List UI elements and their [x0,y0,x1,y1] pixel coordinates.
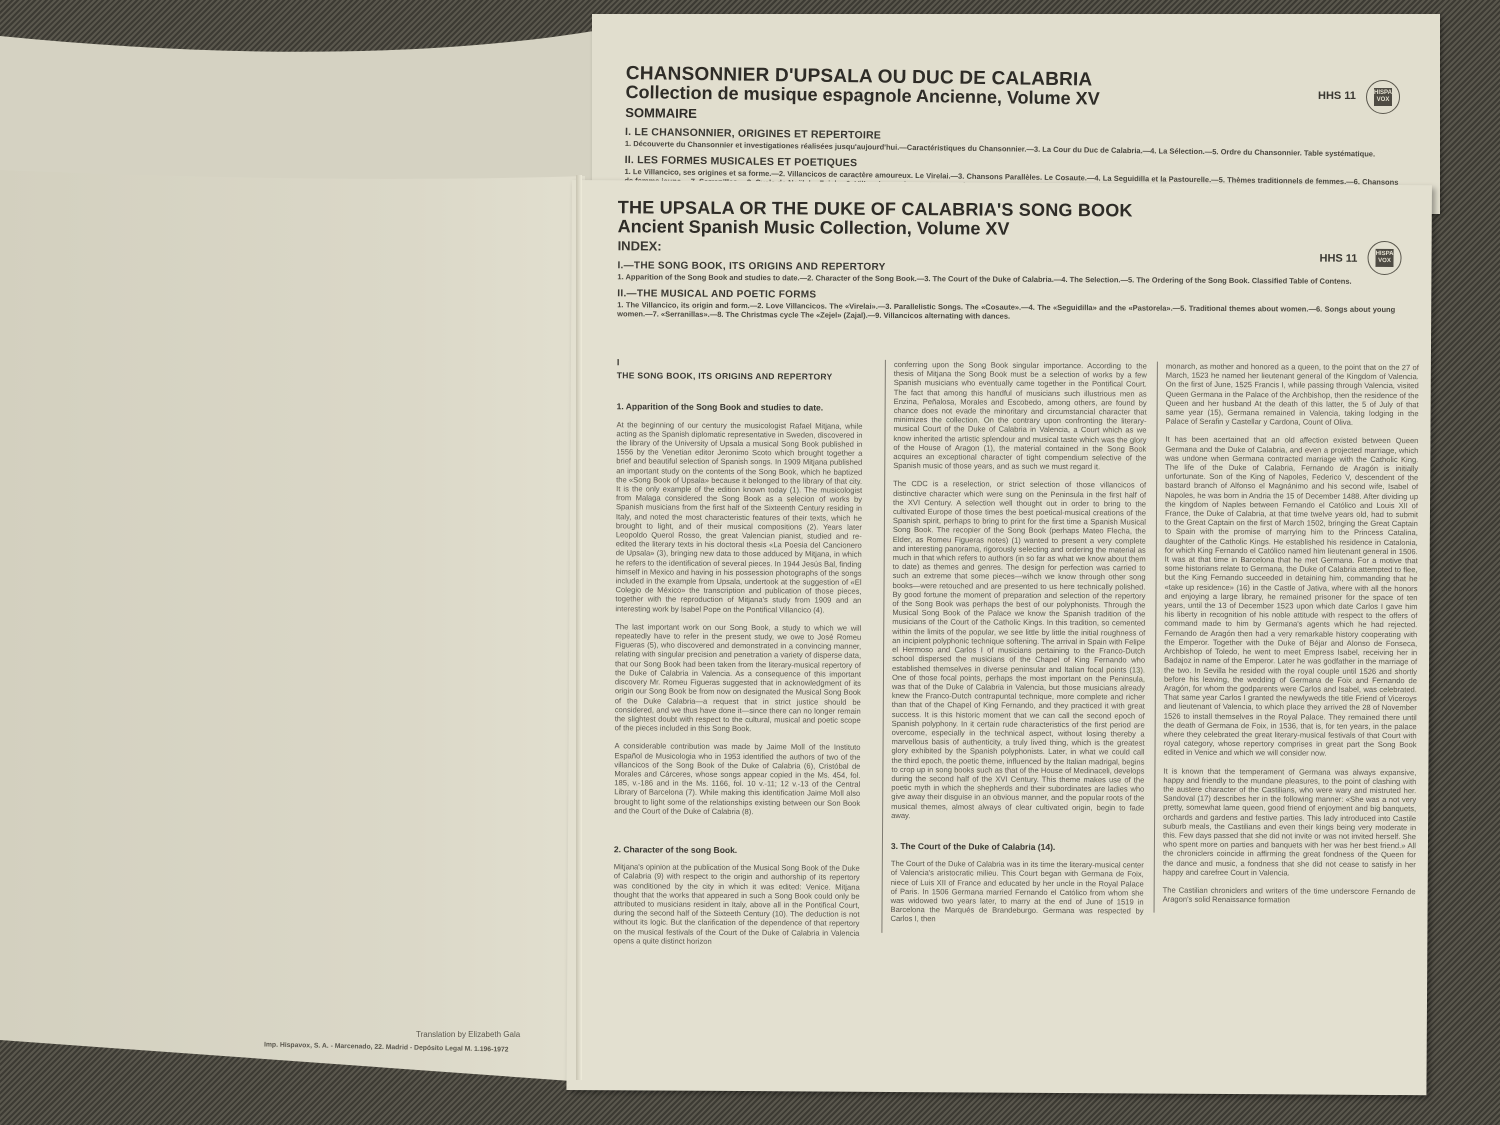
paragraph: The CDC is a reselection, or strict sele… [891,479,1146,821]
paragraph: It has been acertained that an old affec… [1163,435,1418,759]
logo-bottom-text: VOX [1378,258,1391,265]
paragraph: The Court of the Duke of Calabria was in… [890,859,1143,925]
paragraph: It is known that the temperament of Germ… [1163,766,1417,878]
translation-credit: Translation by Elizabeth Gala [416,1030,520,1039]
paragraph: At the beginning of our century the musi… [615,420,862,615]
paragraph: conferring upon the Song Book singular i… [893,360,1147,472]
logo-top-text: HISPA [1374,90,1392,97]
part-number: I [617,358,863,369]
subsection-heading: 1. Apparition of the Song Book and studi… [617,403,863,414]
paragraph: The Castilian chroniclers and writers of… [1163,886,1416,906]
article-column-3: monarch, as mother and honored as a quee… [1154,362,1419,915]
subsection-heading: 3. The Court of the Duke of Calabria (14… [891,842,1144,853]
subsection-heading: 2. Character of the song Book. [614,845,860,856]
hispavox-logo-icon: HISPAVOX [1366,80,1400,114]
paragraph: A considerable contribution was made by … [614,742,860,817]
article-column-1: I THE SONG BOOK, ITS ORIGINS AND REPERTO… [613,358,863,955]
part-title: THE SONG BOOK, ITS ORIGINS AND REPERTORY [617,371,863,382]
paragraph: The last important work on our Song Book… [615,622,862,734]
front-booklet-subtitle: Ancient Spanish Music Collection, Volume… [618,217,1396,241]
hispavox-logo-icon: HISPAVOX [1367,241,1401,275]
paragraph: monarch, as mother and honored as a quee… [1166,362,1419,428]
logo-bottom-text: VOX [1377,97,1390,104]
front-booklet-right-page: THE UPSALA OR THE DUKE OF CALABRIA'S SON… [566,180,1432,1095]
front-section-body: 1. The Villancico, its origin and form.—… [617,300,1395,323]
article-columns: I THE SONG BOOK, ITS ORIGINS AND REPERTO… [613,358,1397,1083]
back-catalog-number: HHS 11 [1318,90,1356,102]
front-booklet-left-page [0,170,585,1082]
paragraph: Mitjana's opinion at the publication of … [613,862,860,946]
front-catalog-number: HHS 11 [1319,253,1357,265]
front-booklet-index-label: INDEX: [618,238,1396,258]
article-column-2: conferring upon the Song Book singular i… [881,360,1146,934]
booklet-spine-fold [576,175,582,1080]
